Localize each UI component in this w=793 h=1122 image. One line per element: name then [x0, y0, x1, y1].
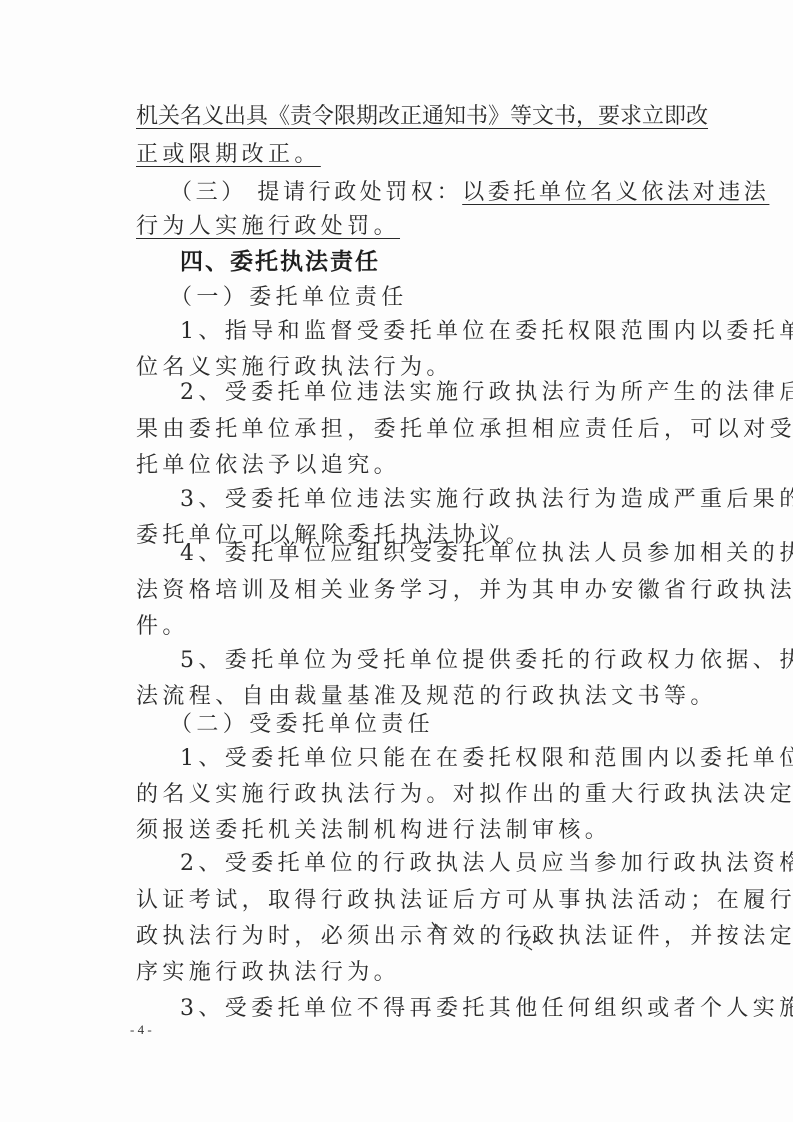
subsection-heading-3: （三） 提请行政处罚权：以委托单位名义依法对违法 — [170, 179, 688, 209]
subsection-heading: （二）受委托单位责任 — [170, 711, 722, 741]
paragraph-line: 3、受委托单位不得再委托其他任何组织或者个人实施 — [180, 995, 688, 1025]
paragraph-line: 1、受委托单位只能在在委托权限和范围内以委托单位 — [180, 745, 688, 775]
paragraph-line: 的名义实施行政执法行为。对拟作出的重大行政执法决定， — [136, 781, 688, 811]
paragraph-line: 序实施行政执法行为。 — [136, 959, 688, 989]
paragraph-line: 5、委托单位为受托单位提供委托的行政权力依据、执 — [180, 647, 688, 677]
text-line: 机关名义出具《责令限期改正通知书》等文书，要求立即改 — [136, 103, 688, 133]
paragraph-line: 须报送委托机关法制机构进行法制审核。 — [136, 817, 688, 847]
subsection-label: （三） 提请行政处罚权： — [170, 180, 462, 205]
page-number: - 4 - — [130, 1022, 152, 1038]
paragraph-line: 政执法行为时，必须出示有效的行政执法证件，并按法定程 — [136, 923, 688, 953]
underlined-text: 以委托单位名义依法对违法 — [462, 180, 769, 205]
paragraph-line: 1、指导和监督受委托单位在委托权限范围内以委托单 — [180, 318, 688, 348]
paragraph-line: 果由委托单位承担，委托单位承担相应责任后，可以对受委 — [136, 416, 688, 446]
paragraph-line: 2、受委托单位违法实施行政执法行为所产生的法律后 — [180, 379, 688, 409]
paragraph-line: 2、受委托单位的行政执法人员应当参加行政执法资格 — [180, 850, 688, 880]
paragraph-line: 法流程、自由裁量基准及规范的行政执法文书等。 — [136, 683, 688, 713]
handwritten-mark-icon — [430, 920, 570, 960]
paragraph-line: 托单位依法予以追究。 — [136, 452, 688, 482]
underlined-text: 机关名义出具《责令限期改正通知书》等文书，要求立即改 — [136, 104, 708, 129]
subsection-heading: （一）委托单位责任 — [170, 284, 722, 314]
document-page: 机关名义出具《责令限期改正通知书》等文书，要求立即改 正或限期改正。 （三） 提… — [0, 0, 793, 1122]
paragraph-line: 件。 — [136, 613, 688, 643]
text-line: 正或限期改正。 — [136, 141, 688, 171]
paragraph-line: 3、受委托单位违法实施行政执法行为造成严重后果的， — [180, 486, 688, 516]
underlined-text: 正或限期改正。 — [136, 142, 321, 167]
section-heading: 四、委托执法责任 — [180, 248, 732, 278]
text-line: 行为人实施行政处罚。 — [136, 213, 688, 243]
underlined-text: 行为人实施行政处罚。 — [136, 214, 400, 239]
paragraph-line: 4、委托单位应组织受委托单位执法人员参加相关的执 — [180, 540, 688, 570]
paragraph-line: 认证考试，取得行政执法证后方可从事执法活动；在履行行 — [136, 887, 688, 917]
paragraph-line: 法资格培训及相关业务学习，并为其申办安徽省行政执法证 — [136, 577, 688, 607]
